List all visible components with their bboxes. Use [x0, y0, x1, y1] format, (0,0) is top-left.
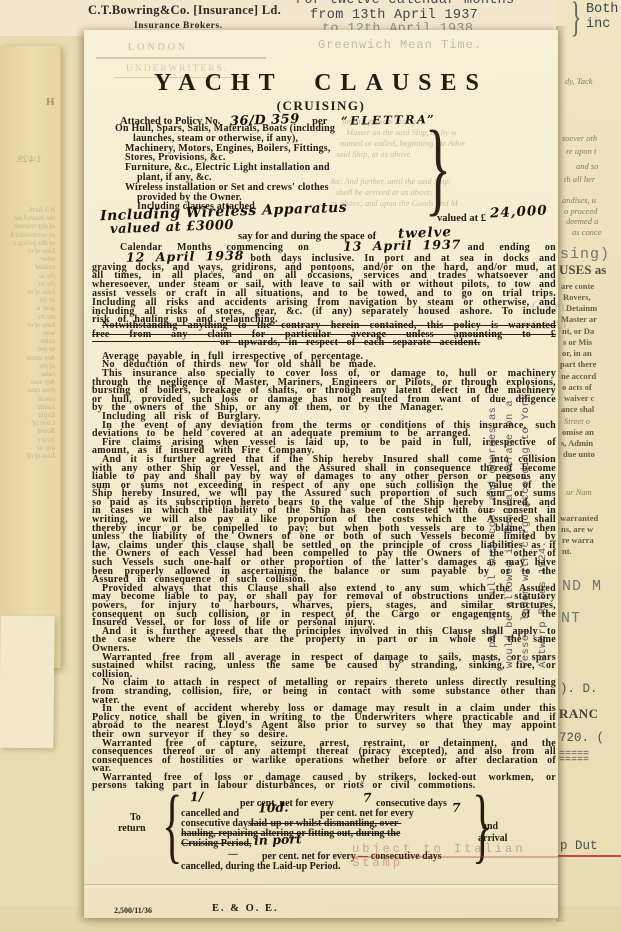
insured-items-list: On Hull, Spars, Sails, Materials, Boats … [115, 124, 447, 212]
paper-text-fragment: are conte [561, 281, 594, 291]
paper-text-fragment: sing) [560, 246, 610, 263]
ghost-text-line: way, [3, 329, 55, 337]
ghost-text-line: caused [3, 263, 55, 271]
paper-text-fragment: 720. ( [559, 731, 604, 745]
and-label: and [482, 822, 498, 832]
ghost-text-line: gear a [3, 304, 55, 312]
paper-text-fragment: omise an [562, 427, 594, 437]
general-average-typed-stamp: To pay in full such cost and charges asw… [485, 376, 551, 668]
days1-handwritten: 7 [363, 793, 372, 803]
days2-handwritten: 7 [452, 803, 461, 813]
errors-omissions-excepted: E. & O. E. [212, 903, 279, 914]
ghost-text-line: Loss of or [3, 288, 55, 296]
paper-text-fragment: Detainm [566, 303, 597, 313]
ghost-text-line: of the [3, 362, 55, 370]
paper-text-fragment: Street o [564, 416, 590, 426]
paper-text-fragment: ne accord [561, 371, 596, 381]
paper-text-fragment: o acts of [562, 382, 592, 392]
page-subtitle: (CRUISING) [84, 98, 558, 114]
paper-text-fragment: part there [560, 359, 596, 369]
return-line6-dash: — [228, 850, 238, 860]
paper-text-fragment: RANC [559, 706, 599, 722]
paper-text-fragment: USES as [559, 262, 606, 278]
paper-text-fragment: NT [561, 610, 581, 627]
paper-text-fragment: deemed a [566, 216, 598, 226]
ghost-text-line: any ac [3, 444, 55, 452]
handwritten-wireless-value: valued at £3000 [110, 218, 234, 237]
typed-brace-glyph: } [571, 0, 582, 40]
paper-crease [84, 884, 558, 888]
calendar-mid: and ending on [468, 242, 556, 253]
struck-clause-part2: or upwards, in respect of each separate … [220, 337, 480, 348]
ghost-greenwich-mean-time: Greenwich Mean Time. [318, 38, 482, 52]
paper-text-fragment: ). D. [560, 682, 598, 696]
ghost-text-line: or occasioned b [3, 231, 55, 239]
rate1-handwritten: 1/ [190, 792, 204, 802]
ghost-rule [96, 57, 266, 59]
paper-text-fragment: nt. [562, 546, 572, 556]
letterhead-company: C.T.Bowring&Co. [Insurance] Ld. [88, 3, 281, 18]
rate2-handwritten: 10d. [258, 802, 289, 813]
paper-text-fragment: warranted [560, 513, 598, 523]
ghost-london: LONDON [128, 42, 188, 53]
stamp-line: To pay in full such cost and charges as [485, 376, 502, 668]
calendar-months-paragraph: Calendar Months commencing on13 April 19… [92, 242, 556, 325]
commencing-date-handwritten: 13 April 1937 [315, 241, 462, 252]
typed-note-both: Both [586, 2, 618, 17]
ghost-text-line: It is furth [3, 206, 55, 214]
to-label: To [130, 813, 141, 823]
ghost-text-line: or pro [3, 345, 55, 353]
ghost-text-line: or int [3, 296, 55, 304]
paper-text-fragment: due unto [563, 449, 595, 459]
ghost-text-line: Costs of [3, 419, 55, 427]
left-ghost-mirrored-text: It is furththe insured sidof any respons… [3, 206, 55, 460]
ghost-text-line: raise, [3, 370, 55, 378]
left-paper-strip: H 1/4/29. It is furththe insured sidof a… [0, 46, 61, 668]
left-ghost-heading: H [46, 96, 55, 108]
page-title: YACHT CLAUSES [84, 70, 558, 97]
ghost-text-line: Loss of lif [3, 452, 55, 460]
return-label: return [118, 824, 146, 834]
ghost-text-line: from caus [3, 386, 55, 394]
ghost-text-line: cable [3, 337, 55, 345]
left-ghost-date: 1/4/29. [16, 154, 41, 164]
ghost-text-line: Any sum [3, 378, 55, 386]
ghost-text-line: the insured sid [3, 214, 55, 222]
in-port-handwritten: in port [254, 834, 302, 846]
ghost-text-line: the In [3, 280, 55, 288]
paper-text-fragment: dy, Tack [565, 76, 593, 86]
paper-text-fragment: re upon t [566, 146, 596, 156]
paper-text-fragment: waiver c [564, 393, 594, 403]
paper-text-fragment: andises, u [562, 195, 596, 205]
ghost-text-line: of this policy, t [3, 239, 55, 247]
stamp-line: Antwerp Rules 1924. [535, 376, 552, 668]
red-underline-background [556, 855, 621, 857]
ghost-text-line: Engla [3, 411, 55, 419]
return-brace-open: { [162, 788, 182, 864]
ghost-text-line: Loade [3, 403, 55, 411]
paper-text-fragment: soever oth [562, 133, 597, 143]
bottom-left-paper-slip [0, 616, 55, 749]
paper-text-fragment: ur Nam [566, 487, 592, 497]
valued-at-label: valued at £ [437, 213, 486, 224]
paper-text-fragment: o proceed [564, 206, 597, 216]
paper-text-fragment: th all her [564, 174, 595, 184]
ghost-text-line: the se [3, 272, 55, 280]
paper-text-fragment: and so [576, 161, 598, 171]
ghost-text-line: of any respons [3, 222, 55, 230]
return-line7: cancelled, during the Laid-up Period. [181, 862, 340, 872]
ghost-text-line: other [3, 255, 55, 263]
ghost-text-line: Any attem [3, 354, 55, 362]
paper-text-fragment: or, in an [562, 348, 592, 358]
letterhead: C.T.Bowring&Co. [Insurance] Ld. Insuranc… [88, 3, 281, 31]
ending-date-handwritten: 12 April 1938 [98, 252, 245, 263]
ghost-text-line: incurr [3, 436, 55, 444]
paper-text-fragment: ===== [559, 755, 589, 766]
ghost-text-line: Loss of or [3, 321, 55, 329]
valued-at-amount-handwritten: 24,000 [490, 203, 548, 222]
paper-text-fragment: p Dut [560, 839, 598, 853]
clause-paragraph: No claim to attach in respect of metalli… [92, 679, 556, 705]
ghost-text-line: condit [3, 395, 55, 403]
red-underline-showthrough [350, 856, 558, 858]
paper-text-fragment: ND M [562, 578, 602, 595]
paper-text-fragment: ance shal [561, 404, 594, 414]
typed-note-inc: inc [586, 17, 610, 32]
paper-text-fragment: re warra [562, 535, 594, 545]
stamp-line: would be allowed in General Average on a [502, 376, 519, 668]
paper-text-fragment: s or Mis [563, 337, 592, 347]
ghost-text-line: the In [3, 313, 55, 321]
typed-period-line2: from 13th April 1937 [310, 9, 514, 24]
struck-cruising-period-text: Cruising Period, [181, 839, 252, 849]
ghost-text-line: Board [3, 427, 55, 435]
print-imprint: 2,500/11/36 [114, 906, 152, 915]
stamp-line: vessel laden with cargo according to Yor… [518, 376, 535, 668]
ghost-text-line: Loss of or [3, 247, 55, 255]
paper-text-fragment: ns, are w [561, 524, 593, 534]
clause-paragraph: In the event of accident whereby loss or… [92, 705, 556, 739]
struck-average-clause: Notwithstanding anything to the contrary… [92, 322, 556, 348]
paper-text-fragment: s, Admin [561, 438, 593, 448]
struck-blank-gap [92, 341, 220, 343]
clause-paragraph: Warranted free of capture, seizure, arre… [92, 740, 556, 774]
items-brace-glyph: } [425, 113, 451, 222]
yacht-clauses-sheet: LONDON UNDERWRITERS. Greenwich Mean Time… [84, 30, 558, 918]
document-scan: C.T.Bowring&Co. [Insurance] Ld. Insuranc… [0, 0, 621, 932]
paper-text-fragment: as conce [572, 227, 602, 237]
